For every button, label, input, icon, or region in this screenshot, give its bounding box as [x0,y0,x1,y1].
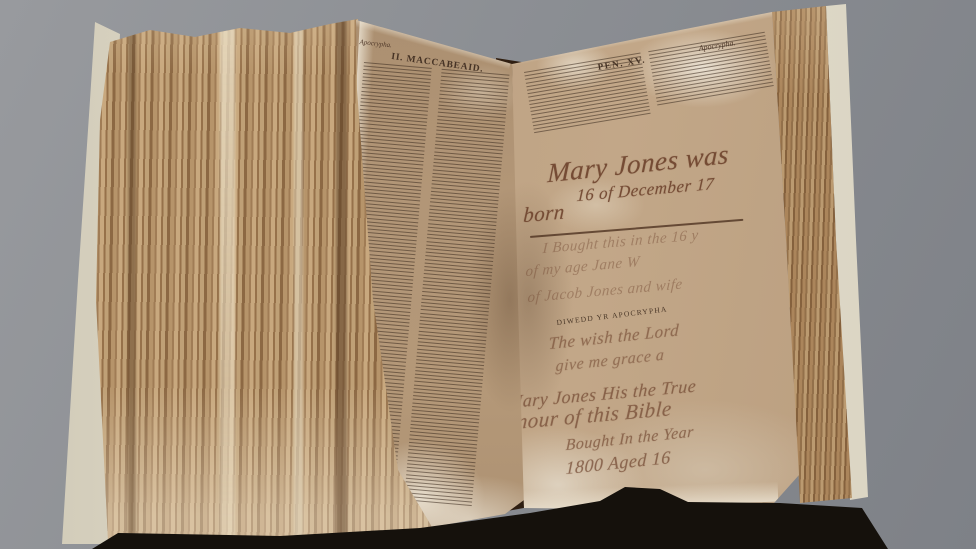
page-edge-highlight [220,28,235,538]
page-edge-shadow [336,20,347,535]
inscription-faded-line-1: I Bought this in the 16 y [542,227,699,258]
print-column [648,32,773,105]
page-edge-highlight [294,24,303,539]
inscription-born: born [523,199,566,228]
left-running-head-apocrypha: Apocrypha. [359,38,392,49]
right-page-print-block [524,31,777,133]
page-edge-shadow [128,34,136,539]
photo-canvas: Apocrypha. II. MACCABEAID. PEN. XV. Apoc… [0,0,976,549]
inscription-faded-line-3: of Jacob Jones and wife [527,276,683,307]
print-column [524,53,651,134]
